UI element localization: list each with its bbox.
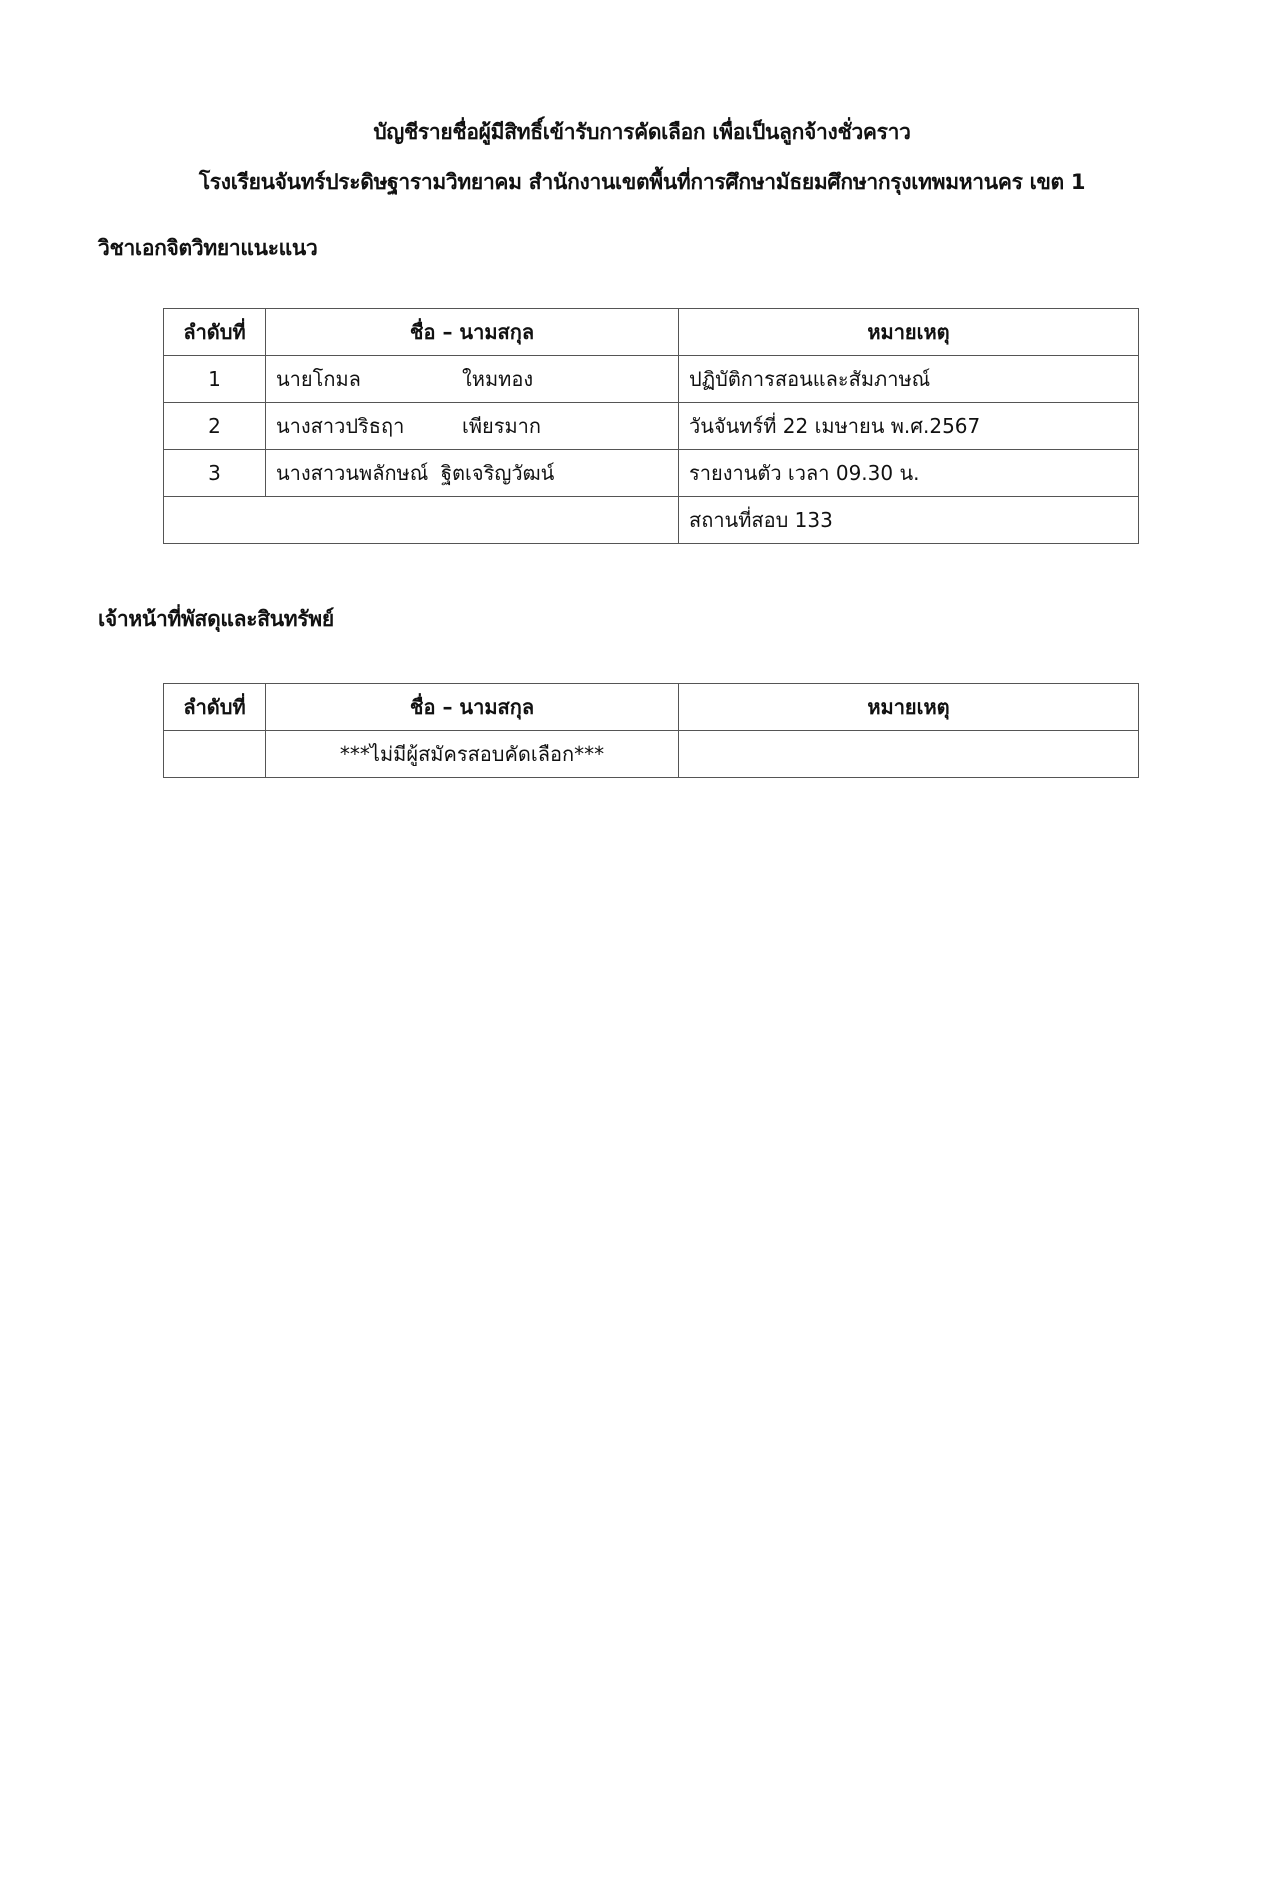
cell-order: 1 xyxy=(164,356,266,403)
cell-name: นางสาวปริธฤาเพียรมาก xyxy=(266,403,679,450)
first-name: นายโกมล xyxy=(276,363,462,395)
cell-note: วันจันทร์ที่ 22 เมษายน พ.ศ.2567 xyxy=(679,403,1139,450)
cell-note: รายงานตัว เวลา 09.30 น. xyxy=(679,450,1139,497)
candidates-table-procurement: ลำดับที่ ชื่อ – นามสกุล หมายเหตุ ***ไม่ม… xyxy=(163,683,1139,778)
document-title: บัญชีรายชื่อผู้มีสิทธิ์เข้ารับการคัดเลือ… xyxy=(0,116,1284,149)
table-row: 2 นางสาวปริธฤาเพียรมาก วันจันทร์ที่ 22 เ… xyxy=(164,403,1139,450)
table-row: ***ไม่มีผู้สมัครสอบคัดเลือก*** xyxy=(164,731,1139,778)
section-heading-guidance: วิชาเอกจิตวิทยาแนะแนว xyxy=(98,232,317,265)
document-subtitle-school: โรงเรียนจันทร์ประดิษฐารามวิทยาคม สำนักงา… xyxy=(0,166,1284,199)
cell-order: 2 xyxy=(164,403,266,450)
header-note: หมายเหตุ xyxy=(679,309,1139,356)
cell-empty xyxy=(164,497,679,544)
cell-no-applicants: ***ไม่มีผู้สมัครสอบคัดเลือก*** xyxy=(266,731,679,778)
header-note: หมายเหตุ xyxy=(679,684,1139,731)
section-heading-procurement: เจ้าหน้าที่พัสดุและสินทรัพย์ xyxy=(98,603,334,636)
last-name: ฐิตเจริญวัฒน์ xyxy=(441,461,554,485)
header-name: ชื่อ – นามสกุล xyxy=(266,684,679,731)
table-header-row: ลำดับที่ ชื่อ – นามสกุล หมายเหตุ xyxy=(164,309,1139,356)
last-name: ใหมทอง xyxy=(462,367,533,391)
first-name: นางสาวนพลักษณ์ xyxy=(276,461,428,485)
header-name: ชื่อ – นามสกุล xyxy=(266,309,679,356)
cell-name: นางสาวนพลักษณ์ ฐิตเจริญวัฒน์ xyxy=(266,450,679,497)
table-header-row: ลำดับที่ ชื่อ – นามสกุล หมายเหตุ xyxy=(164,684,1139,731)
table-row: สถานที่สอบ 133 xyxy=(164,497,1139,544)
header-order: ลำดับที่ xyxy=(164,309,266,356)
table-row: 1 นายโกมลใหมทอง ปฏิบัติการสอนและสัมภาษณ์ xyxy=(164,356,1139,403)
header-order: ลำดับที่ xyxy=(164,684,266,731)
cell-name: นายโกมลใหมทอง xyxy=(266,356,679,403)
cell-order xyxy=(164,731,266,778)
cell-note: สถานที่สอบ 133 xyxy=(679,497,1139,544)
first-name: นางสาวปริธฤา xyxy=(276,410,462,442)
cell-note xyxy=(679,731,1139,778)
cell-note: ปฏิบัติการสอนและสัมภาษณ์ xyxy=(679,356,1139,403)
last-name: เพียรมาก xyxy=(462,414,541,438)
table-row: 3 นางสาวนพลักษณ์ ฐิตเจริญวัฒน์ รายงานตัว… xyxy=(164,450,1139,497)
cell-order: 3 xyxy=(164,450,266,497)
candidates-table-guidance: ลำดับที่ ชื่อ – นามสกุล หมายเหตุ 1 นายโก… xyxy=(163,308,1139,544)
